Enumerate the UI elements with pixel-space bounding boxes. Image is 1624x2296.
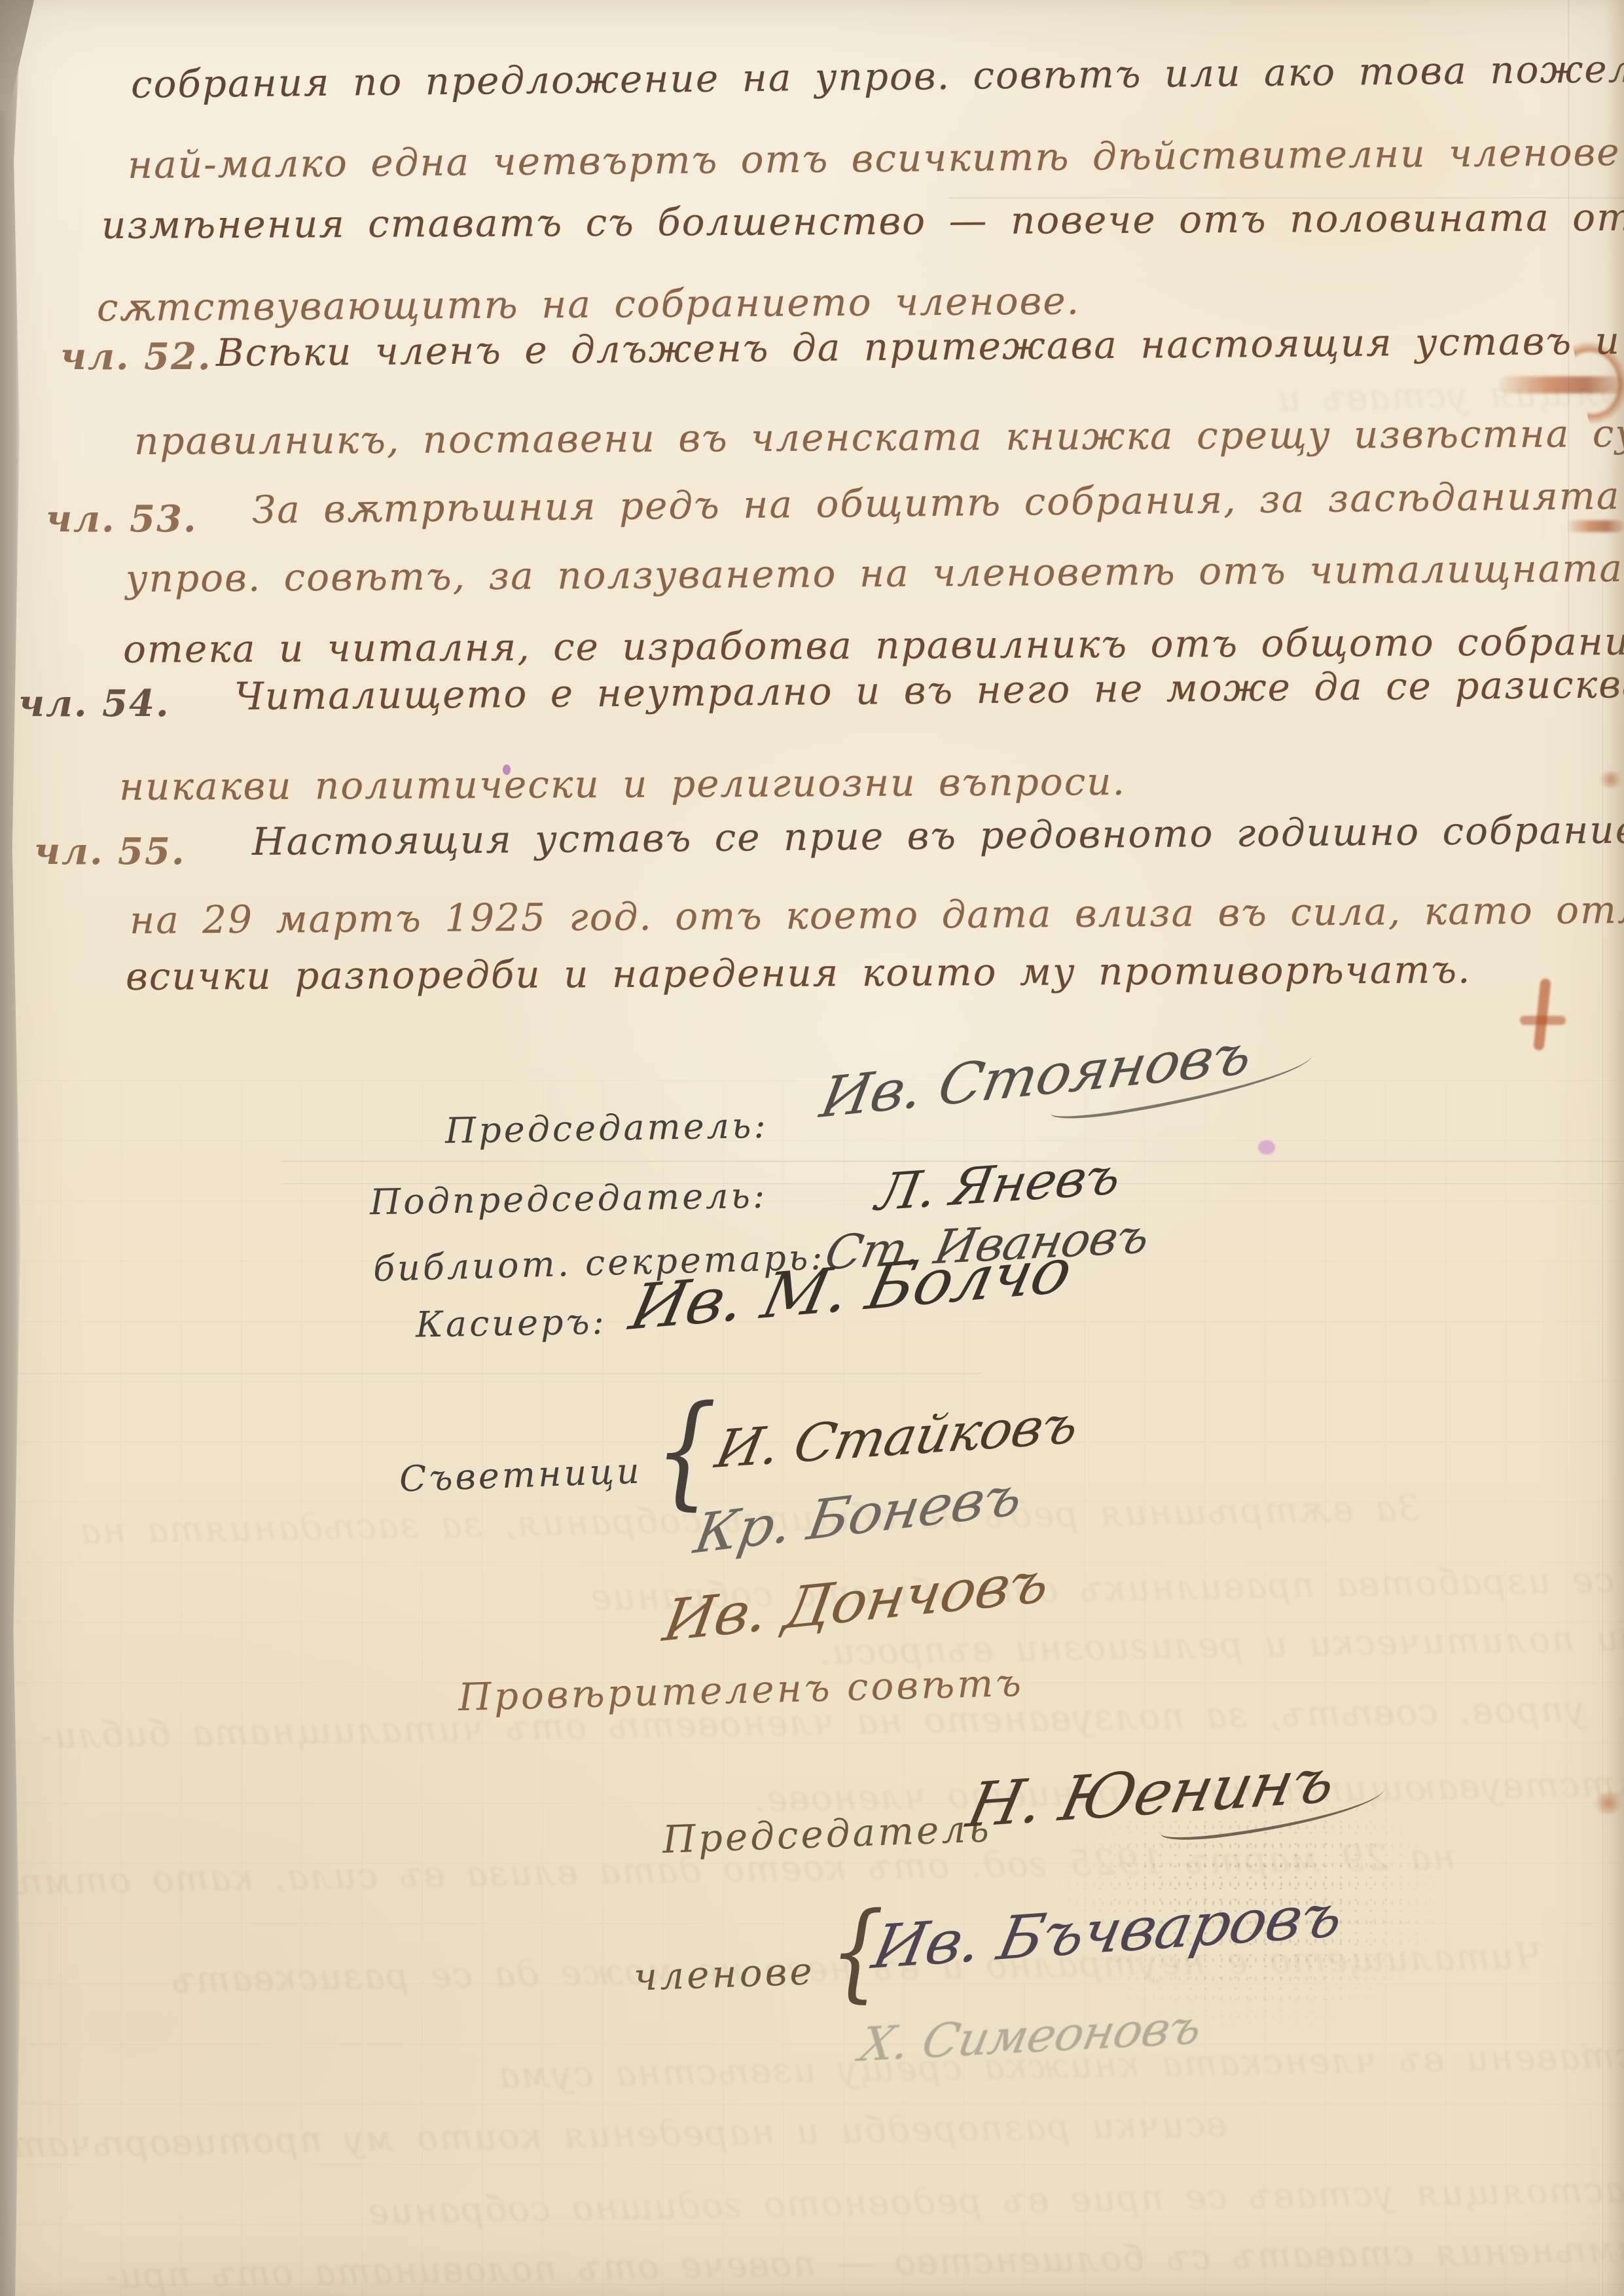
bleedthrough-text: измѣнения ставатъ съ болшенство — повече… [105, 2228, 1624, 2296]
bleedthrough-text: всички разпоредби и наредения които му п… [0, 2103, 1227, 2166]
signature-chairman: Ив. Стояновъ [816, 1022, 1256, 1130]
handwriting-line: най-малко една четвъртъ отъ всичкитѣ дѣй… [128, 128, 1624, 187]
document-page: За вѫтрѣшния редъ на общитѣ собрания, за… [0, 0, 1624, 2296]
handwriting-line: Настоящия уставъ се прие въ редовното го… [252, 808, 1624, 864]
signature-label-chairman: Председатель: [444, 1105, 768, 1152]
handwriting-line: на 29 мартъ 1925 год. отъ което дата вли… [130, 887, 1624, 942]
handwriting-line: Читалището е неутрално и въ него не може… [234, 661, 1624, 719]
signature-adviser-1: И. Стайковъ [711, 1394, 1083, 1480]
article-number: чл. 53. [46, 497, 197, 541]
handwriting-line: измѣнения ставатъ съ болшенство — повече… [101, 194, 1624, 247]
signature-label-cashier: Касиеръ: [415, 1300, 607, 1345]
handwriting-line: сѫтствувающитѣ на собранието членове. [97, 279, 1081, 330]
purple-ink-fleck [1258, 1140, 1275, 1155]
signature-adviser-2: Кр. Боневъ [690, 1463, 1026, 1566]
handwriting-line: собрания по предложение на упров. совѣтъ… [131, 45, 1624, 107]
article-number: чл. 54. [18, 682, 170, 725]
signature-audit-member-2: Х. Симеоновъ [856, 2000, 1206, 2072]
handwriting-line: правилникъ, поставени въ членската книжк… [134, 411, 1624, 463]
rust-stain-cross [1533, 978, 1551, 1050]
signature-adviser-3: Ив. Дончовъ [659, 1548, 1054, 1654]
handwriting-line: За вѫтрѣшния редъ на общитѣ собрания, за… [252, 473, 1624, 532]
signature-label-advisers: Съветници [399, 1450, 643, 1500]
signature-audit-member-1: Ив. Бъчваровъ [867, 1880, 1348, 1982]
signature-vice-chairman: Л. Яневъ [872, 1147, 1125, 1223]
audit-council-heading: Провѣрителенъ совѣтъ [458, 1660, 1024, 1720]
bleedthrough-text: Настоящия уставъ се прие въ редовното го… [367, 2168, 1624, 2232]
handwriting-line: всички разпоредби и наредения които му п… [126, 947, 1471, 999]
article-number: чл. 52. [60, 335, 211, 378]
handwriting-line: упров. совѣтъ, за ползуването на членове… [126, 545, 1624, 601]
signature-label-audit-members: членове [633, 1948, 816, 2000]
scanner-edge-strip [0, 0, 22, 2296]
signature-label-audit-chairman: Председатель [662, 1806, 992, 1862]
article-number: чл. 55. [34, 830, 185, 873]
page-edge-shade [1604, 0, 1624, 2296]
signature-audit-chairman: Н. Юенинъ [961, 1746, 1341, 1842]
rust-stain-cross [1520, 1016, 1566, 1025]
handwriting-line: никакви политически и религиозни въпроси… [119, 759, 1126, 809]
signature-label-vice-chairman: Подпредседатель: [369, 1175, 767, 1223]
fold-crease [0, 1372, 982, 1374]
